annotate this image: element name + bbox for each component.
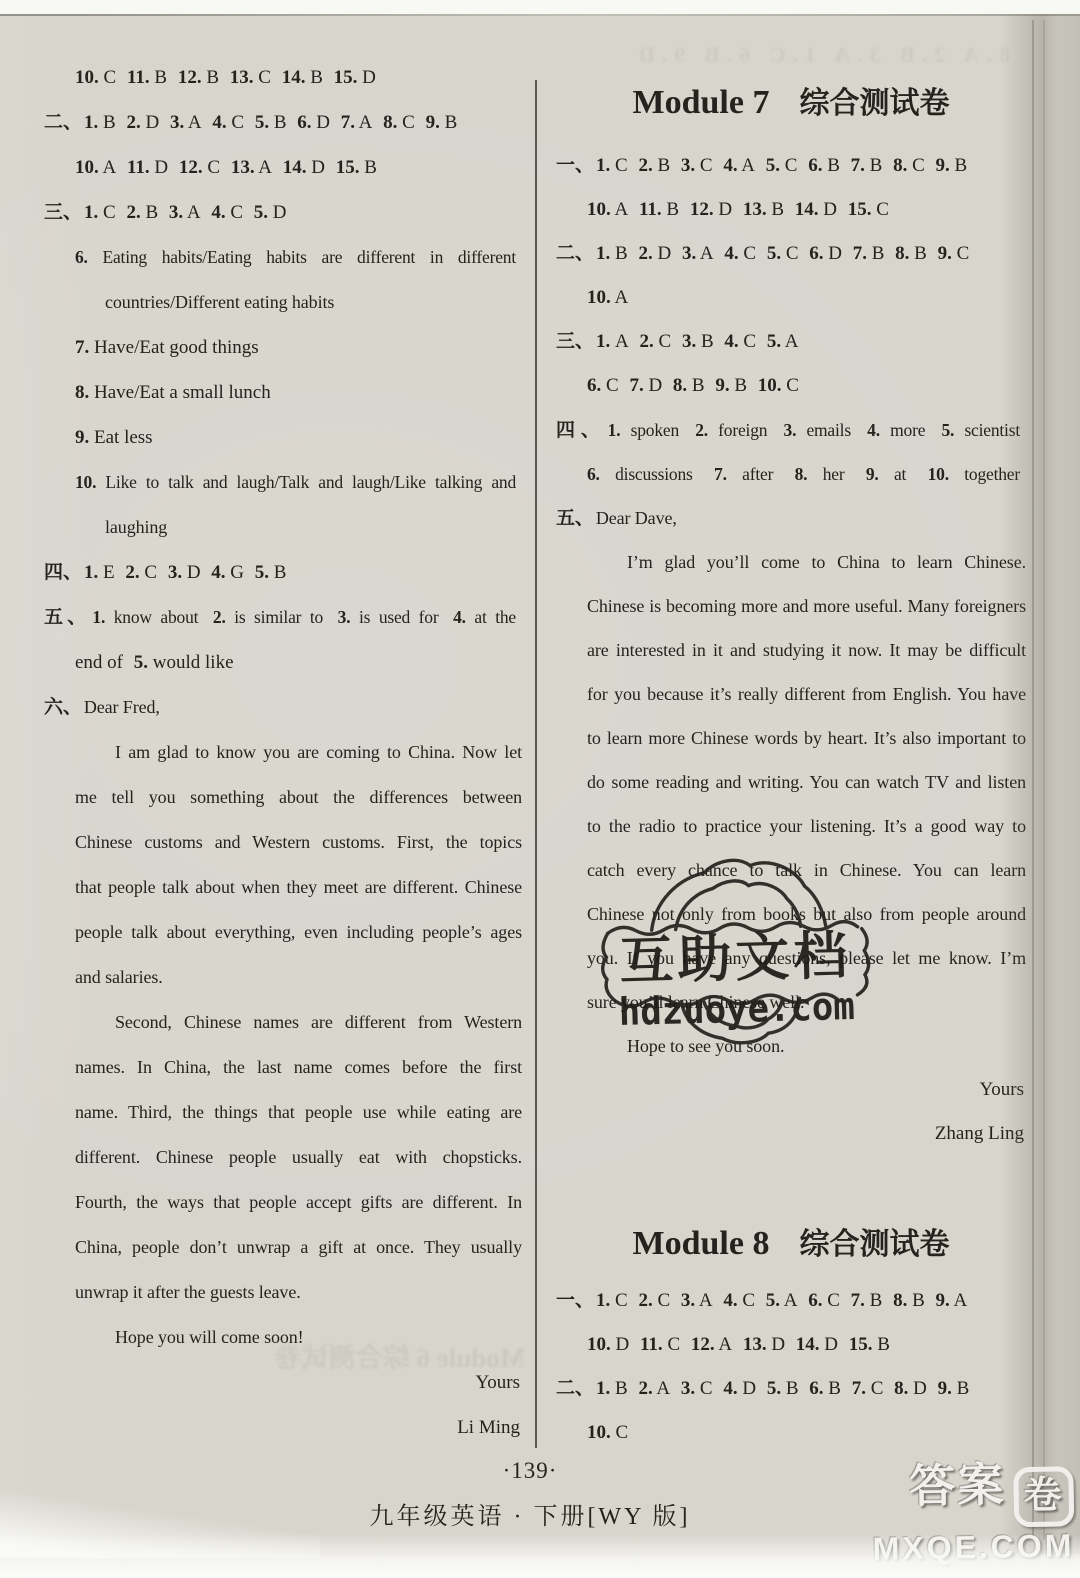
- text-line: are interested in it and studying it now…: [556, 628, 1026, 672]
- answer-item: 10. Like to talk and laugh/Talk and laug…: [75, 472, 516, 492]
- answer-line: 四、1. spoken 2. foreign 3. emails 4. more…: [556, 408, 1026, 452]
- answer-item: 3. C: [681, 1378, 713, 1399]
- answer-line: 四、1. E 2. C 3. D 4. G 5. B: [44, 550, 522, 595]
- answer-item: 10. C: [587, 1422, 628, 1443]
- answer-item: 2. foreign: [695, 420, 767, 440]
- module-heading-en: Module 7: [633, 84, 770, 121]
- answer-line: 三、1. A 2. C 3. B 4. C 5. A: [556, 320, 1026, 364]
- answer-line: 二、1. B 2. A 3. C 4. D 5. B 6. B 7. C 8. …: [556, 1367, 1026, 1411]
- answer-item: 3. C: [681, 155, 713, 176]
- answer-item: 5. B: [255, 562, 287, 583]
- answer-item: 6. C: [587, 375, 619, 396]
- answer-item: 1. know about: [92, 607, 198, 627]
- brand-url-text: MXQE.COM: [873, 1526, 1075, 1568]
- answer-item: 6. D: [809, 243, 842, 264]
- text-line: do some reading and writing. You can wat…: [556, 760, 1026, 804]
- answer-item: 13. A: [231, 157, 272, 178]
- answer-item: 10. A: [587, 199, 628, 220]
- answer-item: 3. A: [681, 1290, 713, 1311]
- answer-item: 8. C: [383, 112, 415, 133]
- answer-item: 7. B: [851, 1290, 883, 1311]
- signature-line: Li Ming: [44, 1405, 522, 1450]
- right-column: Module 7综合测试卷一、1. C 2. B 3. C 4. A 5. C …: [556, 40, 1026, 1455]
- answer-line: 一、1. C 2. C 3. A 4. C 5. A 6. C 7. B 8. …: [556, 1279, 1026, 1323]
- answer-item: 4. C: [724, 331, 756, 352]
- answer-item: 12. D: [690, 199, 732, 220]
- answer-item: 2. B: [638, 155, 670, 176]
- answer-item: 8. Have/Eat a small lunch: [75, 382, 271, 403]
- text-line: people talk about everything, even inclu…: [44, 910, 522, 955]
- answer-line: end of 5. would like: [44, 640, 522, 685]
- answer-line: 10. C: [556, 1411, 1026, 1455]
- answer-item: 3. A: [170, 112, 202, 133]
- answer-item: 4. A: [723, 155, 755, 176]
- module-heading-cn: 综合测试卷: [799, 1228, 949, 1261]
- section-marker: 二、: [556, 243, 594, 264]
- answer-line: 10. A: [556, 276, 1026, 320]
- answer-item: 2. A: [638, 1378, 670, 1399]
- answer-item: 12. C: [179, 157, 220, 178]
- text-line: to the radio to practice your listening.…: [556, 804, 1026, 848]
- answer-item: 3. A: [169, 202, 201, 223]
- answer-item: 4. C: [212, 112, 244, 133]
- text-line: Chinese is becoming more and more useful…: [556, 584, 1026, 628]
- answer-item: 5. B: [767, 1378, 799, 1399]
- text-line: you. If you have any questions, please l…: [556, 936, 1026, 980]
- text-line: and salaries.: [44, 955, 522, 1000]
- answer-line: 五、1. know about 2. is similar to 3. is u…: [44, 595, 522, 640]
- answer-item: 4. more: [867, 420, 925, 440]
- text-line: Second, Chinese names are different from…: [44, 1000, 522, 1045]
- text-line: catch every chance to talk in Chinese. Y…: [556, 848, 1026, 892]
- answer-item: 10. A: [75, 157, 116, 178]
- answer-item: 4. G: [211, 562, 244, 583]
- answer-item: 9. C: [938, 243, 970, 264]
- answer-line: 10. Like to talk and laugh/Talk and laug…: [44, 460, 522, 505]
- answer-item: 1. C: [596, 1290, 628, 1311]
- answer-item: 9. B: [936, 155, 968, 176]
- answer-item: 1. B: [596, 1378, 628, 1399]
- module-heading-en: Module 8: [633, 1225, 770, 1262]
- answer-item: 1. B: [84, 112, 116, 133]
- scanned-answer-page: 8.A 2.B 3.A 1.C 6.B 9.D Module 6 综合测试卷 1…: [0, 0, 1080, 1578]
- answer-item: 8. D: [894, 1378, 927, 1399]
- answer-item: 6. Eating habits/Eating habits are diffe…: [75, 247, 516, 267]
- left-column: 10. C 11. B 12. B 13. C 14. B 15. D 二、1.…: [44, 55, 522, 1450]
- page-crease-line: [1043, 20, 1045, 1540]
- answer-item: 5. B: [255, 112, 287, 133]
- section-marker: 四、: [556, 420, 606, 441]
- answer-item: 14. D: [283, 157, 325, 178]
- answer-item: 14. B: [282, 67, 323, 88]
- module-heading-cn: 综合测试卷: [799, 87, 949, 120]
- answer-item: 2. C: [125, 562, 157, 583]
- answer-line: 二、1. B 2. D 3. A 4. C 5. C 6. D 7. B 8. …: [556, 232, 1026, 276]
- text-line: countries/Different eating habits: [44, 280, 522, 325]
- answer-line: 10. A 11. B 12. D 13. B 14. D 15. C: [556, 188, 1026, 232]
- signature-line: Yours: [556, 1068, 1026, 1112]
- answer-item: 11. B: [639, 199, 679, 220]
- text-line: Hope to see you soon.: [556, 1024, 1026, 1068]
- section-marker: 五、: [44, 607, 90, 628]
- answer-item: 15. B: [849, 1334, 890, 1355]
- answer-item: 4. C: [723, 1290, 755, 1311]
- answer-item: 13. D: [743, 1334, 785, 1355]
- section-marker: 一、: [556, 155, 594, 176]
- answer-item: 5. C: [766, 155, 798, 176]
- page-crease-line: [1032, 20, 1034, 1540]
- answer-item: 2. B: [126, 202, 158, 223]
- scan-top-shadow: [0, 14, 1080, 16]
- answer-item: 9. B: [715, 375, 747, 396]
- answer-item: 3. emails: [784, 420, 851, 440]
- book-footer-title: 九年级英语 · 下册[WY 版]: [230, 1496, 830, 1531]
- answer-item: 12. B: [178, 67, 219, 88]
- text-line: Chinese not only from books but also fro…: [556, 892, 1026, 936]
- answer-line: 6. C 7. D 8. B 9. B 10. C: [556, 364, 1026, 408]
- answer-item: 1. C: [84, 202, 116, 223]
- answer-item: 5. A: [767, 331, 799, 352]
- answer-item: 10. C: [758, 375, 799, 396]
- answer-item: 8. C: [893, 155, 925, 176]
- answer-item: 13. B: [743, 199, 784, 220]
- answer-item: 3. D: [168, 562, 201, 583]
- answer-item: 13. C: [230, 67, 271, 88]
- section-marker: 六、: [44, 697, 82, 718]
- answer-item: 14. D: [796, 1334, 838, 1355]
- answer-line: 二、1. B 2. D 3. A 4. C 5. B 6. D 7. A 8. …: [44, 100, 522, 145]
- page-number: ·139·: [430, 1458, 630, 1484]
- answer-item: 5. C: [767, 243, 799, 264]
- answer-item: 2. D: [638, 243, 671, 264]
- answer-item: 9. B: [426, 112, 458, 133]
- column-divider-rule: [535, 80, 537, 1448]
- answer-item: 14. D: [795, 199, 837, 220]
- answer-item: 1. A: [596, 331, 629, 352]
- answer-item: 1. B: [596, 243, 628, 264]
- answer-item: 11. D: [127, 157, 168, 178]
- scan-top-edge: [0, 0, 1080, 14]
- answer-item: 4. C: [211, 202, 243, 223]
- answer-item: 3. A: [682, 243, 714, 264]
- text-line: I am glad to know you are coming to Chin…: [44, 730, 522, 775]
- answer-item: 8. B: [673, 375, 705, 396]
- section-marker: 二、: [556, 1378, 594, 1399]
- text-line: Hope you will come soon!: [44, 1315, 522, 1360]
- answer-line: 一、1. C 2. B 3. C 4. A 5. C 6. B 7. B 8. …: [556, 144, 1026, 188]
- answer-item: 6. C: [808, 1290, 840, 1311]
- signature-line: Yours: [44, 1360, 522, 1405]
- answer-item: 6. discussions: [587, 464, 693, 484]
- answer-circle-watermark: 答案卷 MXQE.COM: [871, 1455, 1075, 1568]
- answer-line: 10. A 11. D 12. C 13. A 14. D 15. B: [44, 145, 522, 190]
- section-marker: 三、: [44, 202, 82, 223]
- section-marker: 四、: [44, 562, 82, 583]
- answer-item: 9. at: [866, 464, 906, 484]
- answer-line: 10. C 11. B 12. B 13. C 14. B 15. D: [44, 55, 522, 100]
- answer-line: 7. Have/Eat good things: [44, 325, 522, 370]
- answer-item: 9. A: [936, 1290, 968, 1311]
- answer-item: 7. B: [851, 155, 883, 176]
- answer-item: 2. D: [126, 112, 159, 133]
- answer-item: 5. would like: [134, 652, 234, 673]
- module-heading: Module 8综合测试卷: [556, 1156, 1026, 1279]
- text-line: China, people don’t unwrap a gift at onc…: [44, 1225, 522, 1270]
- text-line: unwrap it after the guests leave.: [44, 1270, 522, 1315]
- text-line: to learn more Chinese words by heart. It…: [556, 716, 1026, 760]
- text-line: names. In China, the last name comes bef…: [44, 1045, 522, 1090]
- answer-item: 3. B: [682, 331, 714, 352]
- answer-line: 8. Have/Eat a small lunch: [44, 370, 522, 415]
- section-marker: 五、: [556, 508, 594, 529]
- answer-item: 6. B: [808, 155, 840, 176]
- answer-item: 8. her: [795, 464, 845, 484]
- answer-item: 7. A: [341, 112, 373, 133]
- answer-item: 2. C: [640, 331, 672, 352]
- text-line: me tell you something about the differen…: [44, 775, 522, 820]
- answer-item: 11. C: [640, 1334, 680, 1355]
- answer-item: 1. E: [84, 562, 115, 583]
- text-line: for you because it’s really different fr…: [556, 672, 1026, 716]
- signature-line: Zhang Ling: [556, 1112, 1026, 1156]
- answer-item: 1. spoken: [608, 420, 679, 440]
- answer-item: 7. C: [852, 1378, 884, 1399]
- text-line: laughing: [44, 505, 522, 550]
- answer-item: 10. D: [587, 1334, 629, 1355]
- answer-item: 6. B: [809, 1378, 841, 1399]
- answer-item: 3. is used for: [338, 607, 439, 627]
- answer-item: 9. Eat less: [75, 427, 153, 448]
- circled-juan-glyph: 卷: [1013, 1466, 1074, 1527]
- answer-item: 15. D: [334, 67, 376, 88]
- text-line: Chinese customs and Western customs. Fir…: [44, 820, 522, 865]
- answer-item: 7. Have/Eat good things: [75, 337, 259, 358]
- answer-item: 8. B: [895, 243, 927, 264]
- answer-line: 10. D 11. C 12. A 13. D 14. D 15. B: [556, 1323, 1026, 1367]
- answer-item: 10. A: [587, 287, 628, 308]
- answer-item: 15. B: [336, 157, 377, 178]
- brand-logo-text: 答案卷: [871, 1455, 1074, 1530]
- text-line: different. Chinese people usually eat wi…: [44, 1135, 522, 1180]
- section-marker: 一、: [556, 1290, 594, 1311]
- answer-item: 12. A: [691, 1334, 732, 1355]
- answer-item: 9. B: [938, 1378, 970, 1399]
- answer-line: 9. Eat less: [44, 415, 522, 460]
- section-marker: 三、: [556, 331, 594, 352]
- answer-item: end of: [75, 652, 123, 673]
- answer-line: 6. discussions 7. after 8. her 9. at 10.…: [556, 452, 1026, 496]
- answer-item: 7. after: [714, 464, 773, 484]
- answer-line: 三、1. C 2. B 3. A 4. C 5. D: [44, 190, 522, 235]
- answer-item: 5. scientist: [942, 420, 1021, 440]
- answer-item: 7. B: [853, 243, 885, 264]
- answer-item: 4. at the: [453, 607, 516, 627]
- section-marker: 二、: [44, 112, 82, 133]
- answer-item: 2. is similar to: [213, 607, 323, 627]
- answer-item: 5. A: [766, 1290, 798, 1311]
- answer-item: 11. B: [127, 67, 167, 88]
- answer-item: 2. C: [638, 1290, 670, 1311]
- module-heading: Module 7综合测试卷: [556, 40, 1026, 138]
- answer-item: 1. C: [596, 155, 628, 176]
- text-line: Fourth, the ways that people accept gift…: [44, 1180, 522, 1225]
- answer-item: 5. D: [254, 202, 287, 223]
- text-line: I’m glad you’ll come to China to learn C…: [556, 540, 1026, 584]
- answer-item: 10. together: [928, 464, 1020, 484]
- answer-item: 6. D: [297, 112, 330, 133]
- text-line: 五、Dear Dave,: [556, 496, 1026, 540]
- text-line: 六、Dear Fred,: [44, 685, 522, 730]
- answer-item: 8. B: [893, 1290, 925, 1311]
- text-line: name. Third, the things that people use …: [44, 1090, 522, 1135]
- text-line: sure you’ll learn Chinese well.: [556, 980, 1026, 1024]
- answer-item: 4. D: [723, 1378, 756, 1399]
- answer-item: 4. C: [724, 243, 756, 264]
- answer-item: 7. D: [629, 375, 662, 396]
- answer-item: 10. C: [75, 67, 116, 88]
- answer-item: 15. C: [848, 199, 889, 220]
- text-line: that people talk about when they meet ar…: [44, 865, 522, 910]
- answer-line: 6. Eating habits/Eating habits are diffe…: [44, 235, 522, 280]
